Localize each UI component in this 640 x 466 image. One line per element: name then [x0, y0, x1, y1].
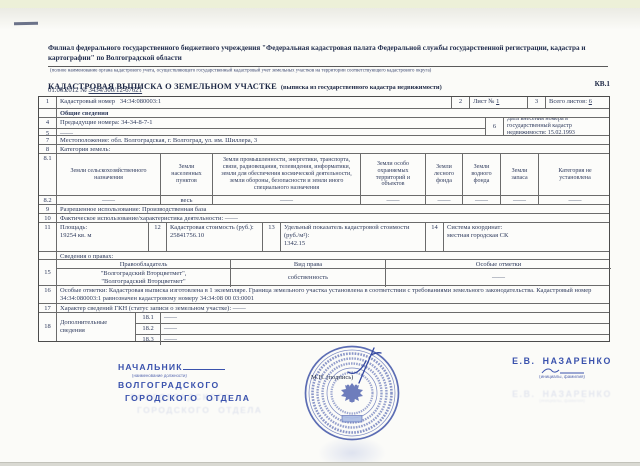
bleed-through-text: ВОЛГОГРАДСКОГО ГОРОДСКОГО ОТДЕЛА [130, 392, 300, 415]
category-value: весь [161, 196, 213, 204]
rights-header-row: Правообладатель Вид права Особые отметки [57, 260, 611, 269]
scanned-cadastral-document: Филиал федерального государственного бюд… [0, 0, 640, 466]
rights-notes-cell: —— [386, 269, 611, 287]
category-col: Земли водного фонда [463, 154, 501, 195]
document-subtitle: (выписка из государственного кадастра не… [281, 84, 442, 91]
date-line: 01.06.2012 № 3434/300/12-67621 [48, 87, 142, 94]
row-location: 7 Местоположение: обл. Волгоградская, г.… [39, 136, 609, 145]
row-gkn-status: 17 Характер сведений ГКН (статус записи … [39, 304, 609, 313]
rights-holder-cell: "Волгоградский Вторцветмет", "Волгоградс… [57, 269, 231, 287]
row-previous-numbers: 4 Предыдущие номера: 34-34-8-7-1 [39, 118, 485, 129]
additional-subrow: 18.1 —— [136, 313, 609, 324]
category-value: —— [213, 196, 361, 204]
round-official-stamp-icon [302, 343, 402, 443]
area-cell: Площадь: 19254 кв. м [57, 223, 149, 251]
rights-value-row: "Волгоградский Вторцветмет", "Волгоградс… [57, 269, 611, 287]
extract-number: 3434/300/12-67621 [88, 87, 142, 94]
category-col: Категория не установлена [539, 154, 611, 195]
additional-subrow: 18.2 —— [136, 324, 609, 335]
row-number: 2 [452, 97, 470, 108]
sheet-cell: Лист № 1 [470, 97, 528, 108]
coat-of-arms-icon [341, 383, 363, 403]
signer-block: Е.В. НАЗАРЕНКО (инициалы, фамилия) [492, 356, 632, 381]
scanner-bottom-edge [0, 462, 640, 466]
row-number: 1 [39, 97, 57, 108]
org-header: Филиал федерального государственного бюд… [48, 44, 608, 63]
category-value: —— [463, 196, 501, 204]
category-value: —— [57, 196, 161, 204]
org-header-note: (полное наименование органа кадастрового… [50, 68, 509, 73]
category-col: Земли промышленности, энергетики, трансп… [213, 154, 361, 195]
row-rights-section: Сведения о правах: [39, 252, 609, 260]
stamp-place-label: М.П. (подпись) [311, 374, 353, 381]
category-value: —— [426, 196, 463, 204]
cadastral-table: 1 Кадастровый номер 34:34:080003:1 2 Лис… [38, 96, 610, 342]
row-category-values: 8.2 —— весь —— —— —— —— —— —— [39, 196, 609, 205]
row-actual-use: 10 Фактическое использование/характерист… [39, 214, 609, 223]
section-rights: Сведения о правах: [57, 252, 609, 259]
table-row: Общие сведения [39, 109, 609, 118]
category-value: —— [501, 196, 539, 204]
rights-header: Особые отметки [386, 260, 611, 268]
category-value: —— [539, 196, 611, 204]
registration-date-cell: Дата внесения номера в государственный к… [504, 118, 609, 135]
specific-cost-value: 1342.15 [284, 240, 422, 248]
position-note: (наименование должности) [132, 374, 244, 378]
area-value: 19254 кв. м [60, 232, 145, 240]
cadastral-number-cell: Кадастровый номер 34:34:080003:1 [57, 97, 452, 108]
stamp-number-box [342, 416, 362, 423]
row-number: 6 [486, 118, 504, 135]
signature-icon [532, 367, 592, 375]
position-title: НАЧАЛЬНИК [118, 362, 183, 372]
category-col: Земли населенных пунктов [161, 154, 213, 195]
office-name-line1: ВОЛГОГРАДСКОГО [118, 380, 288, 390]
row-permitted-use: 9 Разрешенное использование: Производств… [39, 205, 609, 214]
total-sheets-cell: Всего листов: 6 [546, 97, 609, 108]
cadastral-cost-cell: Кадастровая стоимость (руб.): 25841756.1… [167, 223, 263, 251]
signer-note: (инициалы, фамилия) [510, 375, 615, 380]
row-area-cost: 11 Площадь: 19254 кв. м 12 Кадастровая с… [39, 223, 609, 252]
row-additional-info: 18 Дополнительные сведения 18.1 —— 18.2 … [39, 313, 609, 341]
row-category-headers: 8.1 Земли сельскохозяйственного назначен… [39, 154, 609, 196]
specific-cost-cell: Удельный показатель кадастровой стоимост… [281, 223, 426, 251]
row-special-notes: 16 Особые отметки: Кадастровая выписка и… [39, 286, 609, 304]
row-land-category: 8 Категория земель: [39, 145, 609, 154]
row-rights: 15 Правообладатель Вид права Особые отме… [39, 260, 609, 286]
additional-info-label: Дополнительные сведения [57, 313, 136, 341]
coordinate-system-value: местная городская СК [447, 232, 608, 240]
cadastral-number-value: 34:34:080003:1 [120, 98, 161, 105]
form-code: КВ.1 [595, 80, 610, 88]
cadastral-cost-value: 25841756.10 [170, 232, 259, 240]
table-row-4-5-6: 4 Предыдущие номера: 34-34-8-7-1 5 —— 6 … [39, 118, 609, 136]
paper-top-shadow [0, 8, 640, 30]
signer-name: Е.В. НАЗАРЕНКО [492, 356, 632, 366]
date-prefix: 01.06.2012 № [48, 87, 87, 94]
bleed-through-text: Е.В. НАЗАРЕНКО (инициалы, фамилия) [492, 389, 632, 405]
signature-line [183, 369, 225, 370]
table-row: 1 Кадастровый номер 34:34:080003:1 2 Лис… [39, 97, 609, 109]
rights-header: Правообладатель [57, 260, 231, 268]
category-col: Земли особо охраняемых территорий и объе… [361, 154, 426, 195]
scanner-edge-band [0, 0, 640, 8]
section-general: Общие сведения [57, 109, 609, 117]
category-value: —— [361, 196, 426, 204]
category-col: Земли лесного фонда [426, 154, 463, 195]
scan-artifact-mark [14, 22, 38, 25]
coordinate-system-cell: Система координат: местная городская СК [444, 223, 611, 251]
category-col: Земли сельскохозяйственного назначения [57, 154, 161, 195]
right-type-cell: собственность [231, 269, 386, 287]
category-col: Земли запаса [501, 154, 539, 195]
row-number: 3 [528, 97, 546, 108]
rights-header: Вид права [231, 260, 386, 268]
header-rule [48, 66, 608, 67]
